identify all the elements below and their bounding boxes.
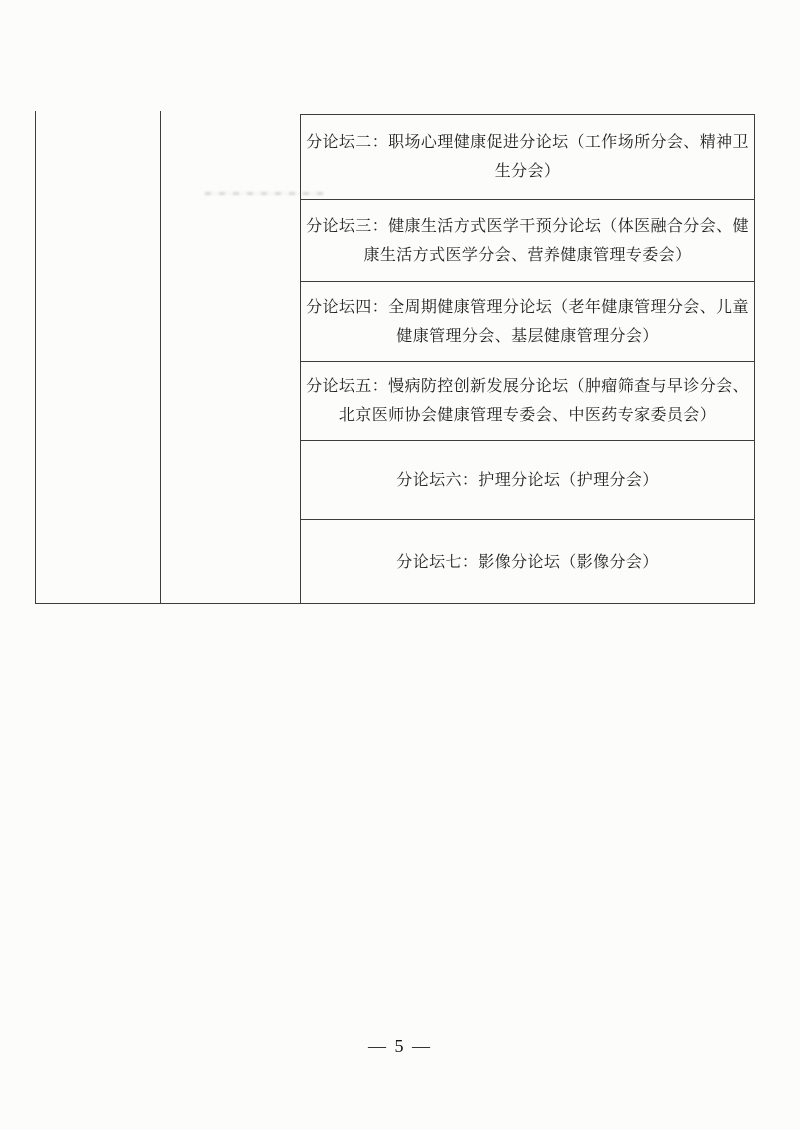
forum-row-text: 健康管理分会、基层健康管理分会） xyxy=(396,322,658,351)
forum-row-text: 康生活方式医学分会、营养健康管理专委会） xyxy=(363,241,691,270)
forum-row-text: 分论坛三：健康生活方式医学干预分论坛（体医融合分会、健 xyxy=(306,212,749,241)
forum-row-text: 生分会） xyxy=(495,157,561,186)
forum-row-text: 分论坛七：影像分论坛（影像分会） xyxy=(396,548,658,577)
forum-row-text: 分论坛二：职场心理健康促进分论坛（工作场所分会、精神卫 xyxy=(306,128,749,157)
forum-row-text: 分论坛五：慢病防控创新发展分论坛（肿瘤筛查与早诊分会、 xyxy=(306,372,749,401)
table-column-divider xyxy=(160,111,161,603)
table-row: 分论坛二：职场心理健康促进分论坛（工作场所分会、精神卫 生分会） xyxy=(301,115,754,200)
forum-row-text: 分论坛四：全周期健康管理分论坛（老年健康管理分会、儿童 xyxy=(306,293,749,322)
scanned-document-page: 分论坛二：职场心理健康促进分论坛（工作场所分会、精神卫 生分会） 分论坛三：健康… xyxy=(0,0,800,1130)
table-row: 分论坛三：健康生活方式医学干预分论坛（体医融合分会、健 康生活方式医学分会、营养… xyxy=(301,200,754,282)
table-row: 分论坛六：护理分论坛（护理分会） xyxy=(301,441,754,520)
forum-column: 分论坛二：职场心理健康促进分论坛（工作场所分会、精神卫 生分会） 分论坛三：健康… xyxy=(300,114,755,604)
table-left-border xyxy=(35,111,36,603)
table-row: 分论坛五：慢病防控创新发展分论坛（肿瘤筛查与早诊分会、 北京医师协会健康管理专委… xyxy=(301,362,754,441)
table-row: 分论坛七：影像分论坛（影像分会） xyxy=(301,520,754,604)
page-number: — 5 — xyxy=(0,1036,800,1057)
forum-row-text: 北京医师协会健康管理专委会、中医药专家委员会） xyxy=(339,401,716,430)
table-row: 分论坛四：全周期健康管理分论坛（老年健康管理分会、儿童 健康管理分会、基层健康管… xyxy=(301,282,754,362)
forum-row-text: 分论坛六：护理分论坛（护理分会） xyxy=(396,466,658,495)
